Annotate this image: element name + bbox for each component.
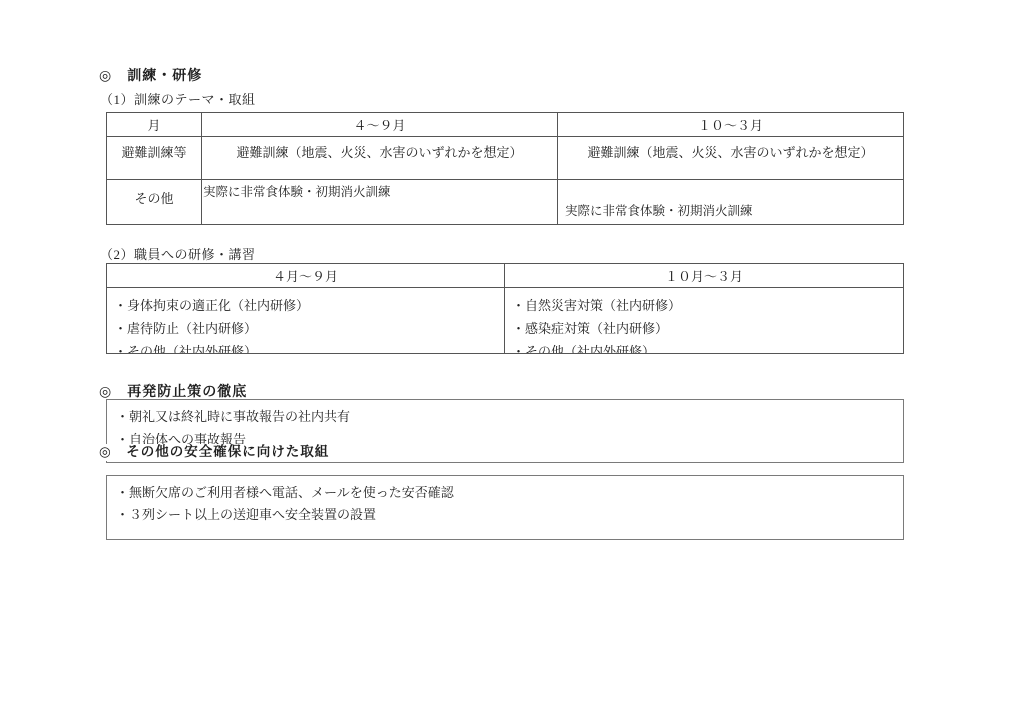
theme-row-evacuation-label: 避難訓練等: [107, 136, 201, 179]
staff-table-header-second-half: １０月～３月: [504, 264, 903, 287]
list-item: ・身体拘束の適正化（社内研修）: [114, 294, 504, 317]
staff-table-header-first-half: ４月～９月: [107, 264, 504, 287]
theme-row-other-first-half: 実際に非常食体験・初期消火訓練: [201, 179, 557, 224]
staff-training-table: ４月～９月 １０月～３月 ・身体拘束の適正化（社内研修） ・虐待防止（社内研修）…: [106, 263, 904, 354]
theme-row-evacuation-first-half: 避難訓練（地震、火災、水害のいずれかを想定）: [201, 136, 557, 179]
section-prevention-heading: ◎ 再発防止策の徹底: [99, 381, 247, 401]
document-page: ◎ 訓練・研修 （1）訓練のテーマ・取組 月 ４～９月 １０～３月 避難訓練等 …: [0, 0, 1024, 724]
staff-table-second-half-list: ・自然災害対策（社内研修） ・感染症対策（社内研修） ・その他（社内外研修）: [504, 287, 903, 353]
list-item: ・虐待防止（社内研修）: [114, 317, 504, 340]
theme-table-header-second-half: １０～３月: [557, 113, 903, 136]
sub-training-theme: （1）訓練のテーマ・取組: [100, 89, 256, 108]
theme-row-evacuation-second-half: 避難訓練（地震、火災、水害のいずれかを想定）: [557, 136, 903, 179]
theme-row-other-second-half: 実際に非常食体験・初期消火訓練: [557, 179, 903, 224]
theme-table-header-month: 月: [107, 113, 201, 136]
list-item: ・感染症対策（社内研修）: [512, 317, 903, 340]
theme-row-other-label: その他: [107, 179, 201, 224]
list-item: ・その他（社内外研修）: [512, 340, 903, 353]
list-item: ・３列シート以上の送迎車へ安全装置の設置: [116, 504, 903, 526]
section-other-safety-heading: ◎ その他の安全確保に向けた取組: [98, 444, 335, 461]
theme-table-header-first-half: ４～９月: [201, 113, 557, 136]
section-training-heading: ◎ 訓練・研修: [99, 65, 202, 85]
sub-staff-training: （2）職員への研修・講習: [100, 244, 256, 263]
staff-table-first-half-list: ・身体拘束の適正化（社内研修） ・虐待防止（社内研修） ・その他（社内外研修）: [107, 287, 504, 353]
training-theme-table: 月 ４～９月 １０～３月 避難訓練等 避難訓練（地震、火災、水害のいずれかを想定…: [106, 112, 904, 225]
list-item: ・その他（社内外研修）: [114, 340, 504, 353]
list-item: ・無断欠席のご利用者様へ電話、メールを使った安否確認: [116, 482, 903, 504]
list-item: ・自然災害対策（社内研修）: [512, 294, 903, 317]
list-item: ・朝礼又は終礼時に事故報告の社内共有: [116, 405, 903, 428]
other-safety-box: ・無断欠席のご利用者様へ電話、メールを使った安否確認 ・３列シート以上の送迎車へ…: [106, 475, 904, 540]
